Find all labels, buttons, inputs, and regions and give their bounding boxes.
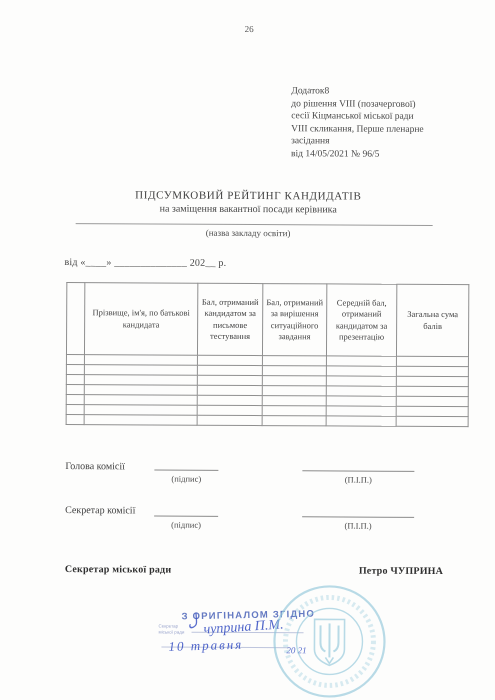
commission-head-signature-line xyxy=(154,462,218,471)
col-header-number xyxy=(66,283,84,355)
city-secretary-name: Петро ЧУПРИНА xyxy=(359,566,443,577)
round-seal-trident-icon xyxy=(270,582,389,700)
institution-caption: (назва закладу освіти) xyxy=(1,227,495,240)
city-secretary-position: Секретар міської ради xyxy=(65,564,172,576)
name-caption: (П.І.П.) xyxy=(302,520,414,531)
rating-table: Прізвище, ім'я, по батькові кандидата Ба… xyxy=(66,282,470,427)
appendix-line: Додаток8 xyxy=(291,85,471,99)
appendix-line: засідання xyxy=(291,136,471,150)
table-row xyxy=(66,415,468,427)
table-header-row: Прізвище, ім'я, по батькові кандидата Ба… xyxy=(66,283,468,357)
document-title: ПІДСУМКОВИЙ РЕЙТИНГ КАНДИДАТІВ xyxy=(41,189,456,203)
col-header-written-test: Бал, отриманий кандидатом за письмове те… xyxy=(197,283,262,355)
commission-secretary-signature-line xyxy=(154,508,218,517)
col-header-total: Загальна сума балів xyxy=(396,284,468,356)
commission-head-name-line xyxy=(302,462,414,472)
appendix-line: до рішення VIII (позачергової) xyxy=(291,98,471,112)
appendix-line: VIII скликання, Перше пленарне xyxy=(291,123,471,137)
col-header-situational: Бал, отриманий за вирішення ситуаційного… xyxy=(262,284,326,356)
stamp-role-small-text: Секретар міської ради xyxy=(159,624,185,636)
appendix-line: від 14/05/2021 № 96/5 xyxy=(291,148,471,162)
commission-secretary-label: Секретар комісії xyxy=(65,505,135,516)
page-number: 26 xyxy=(2,23,495,36)
appendix-line: сесії Кіцманської міської ради xyxy=(291,110,471,124)
institution-blank-line xyxy=(76,206,433,226)
date-blank-line: від «____» ______________ 202__ р. xyxy=(64,257,226,269)
handwritten-date: 10 травня xyxy=(168,637,243,655)
commission-head-label: Голова комісії xyxy=(65,461,125,472)
name-caption: (П.І.П.) xyxy=(302,474,414,485)
scanned-document-page: 26 Додаток8 до рішення VIII (позачергово… xyxy=(0,0,495,700)
appendix-reference-block: Додаток8 до рішення VIII (позачергової) … xyxy=(291,85,471,162)
col-header-name: Прізвище, ім'я, по батькові кандидата xyxy=(84,283,197,356)
signature-caption: (підпис) xyxy=(154,520,218,530)
commission-secretary-name-line xyxy=(302,508,414,518)
signature-caption: (підпис) xyxy=(154,474,218,484)
col-header-presentation: Середній бал, отриманий кандидатом за пр… xyxy=(326,284,396,356)
table-body xyxy=(66,355,468,427)
